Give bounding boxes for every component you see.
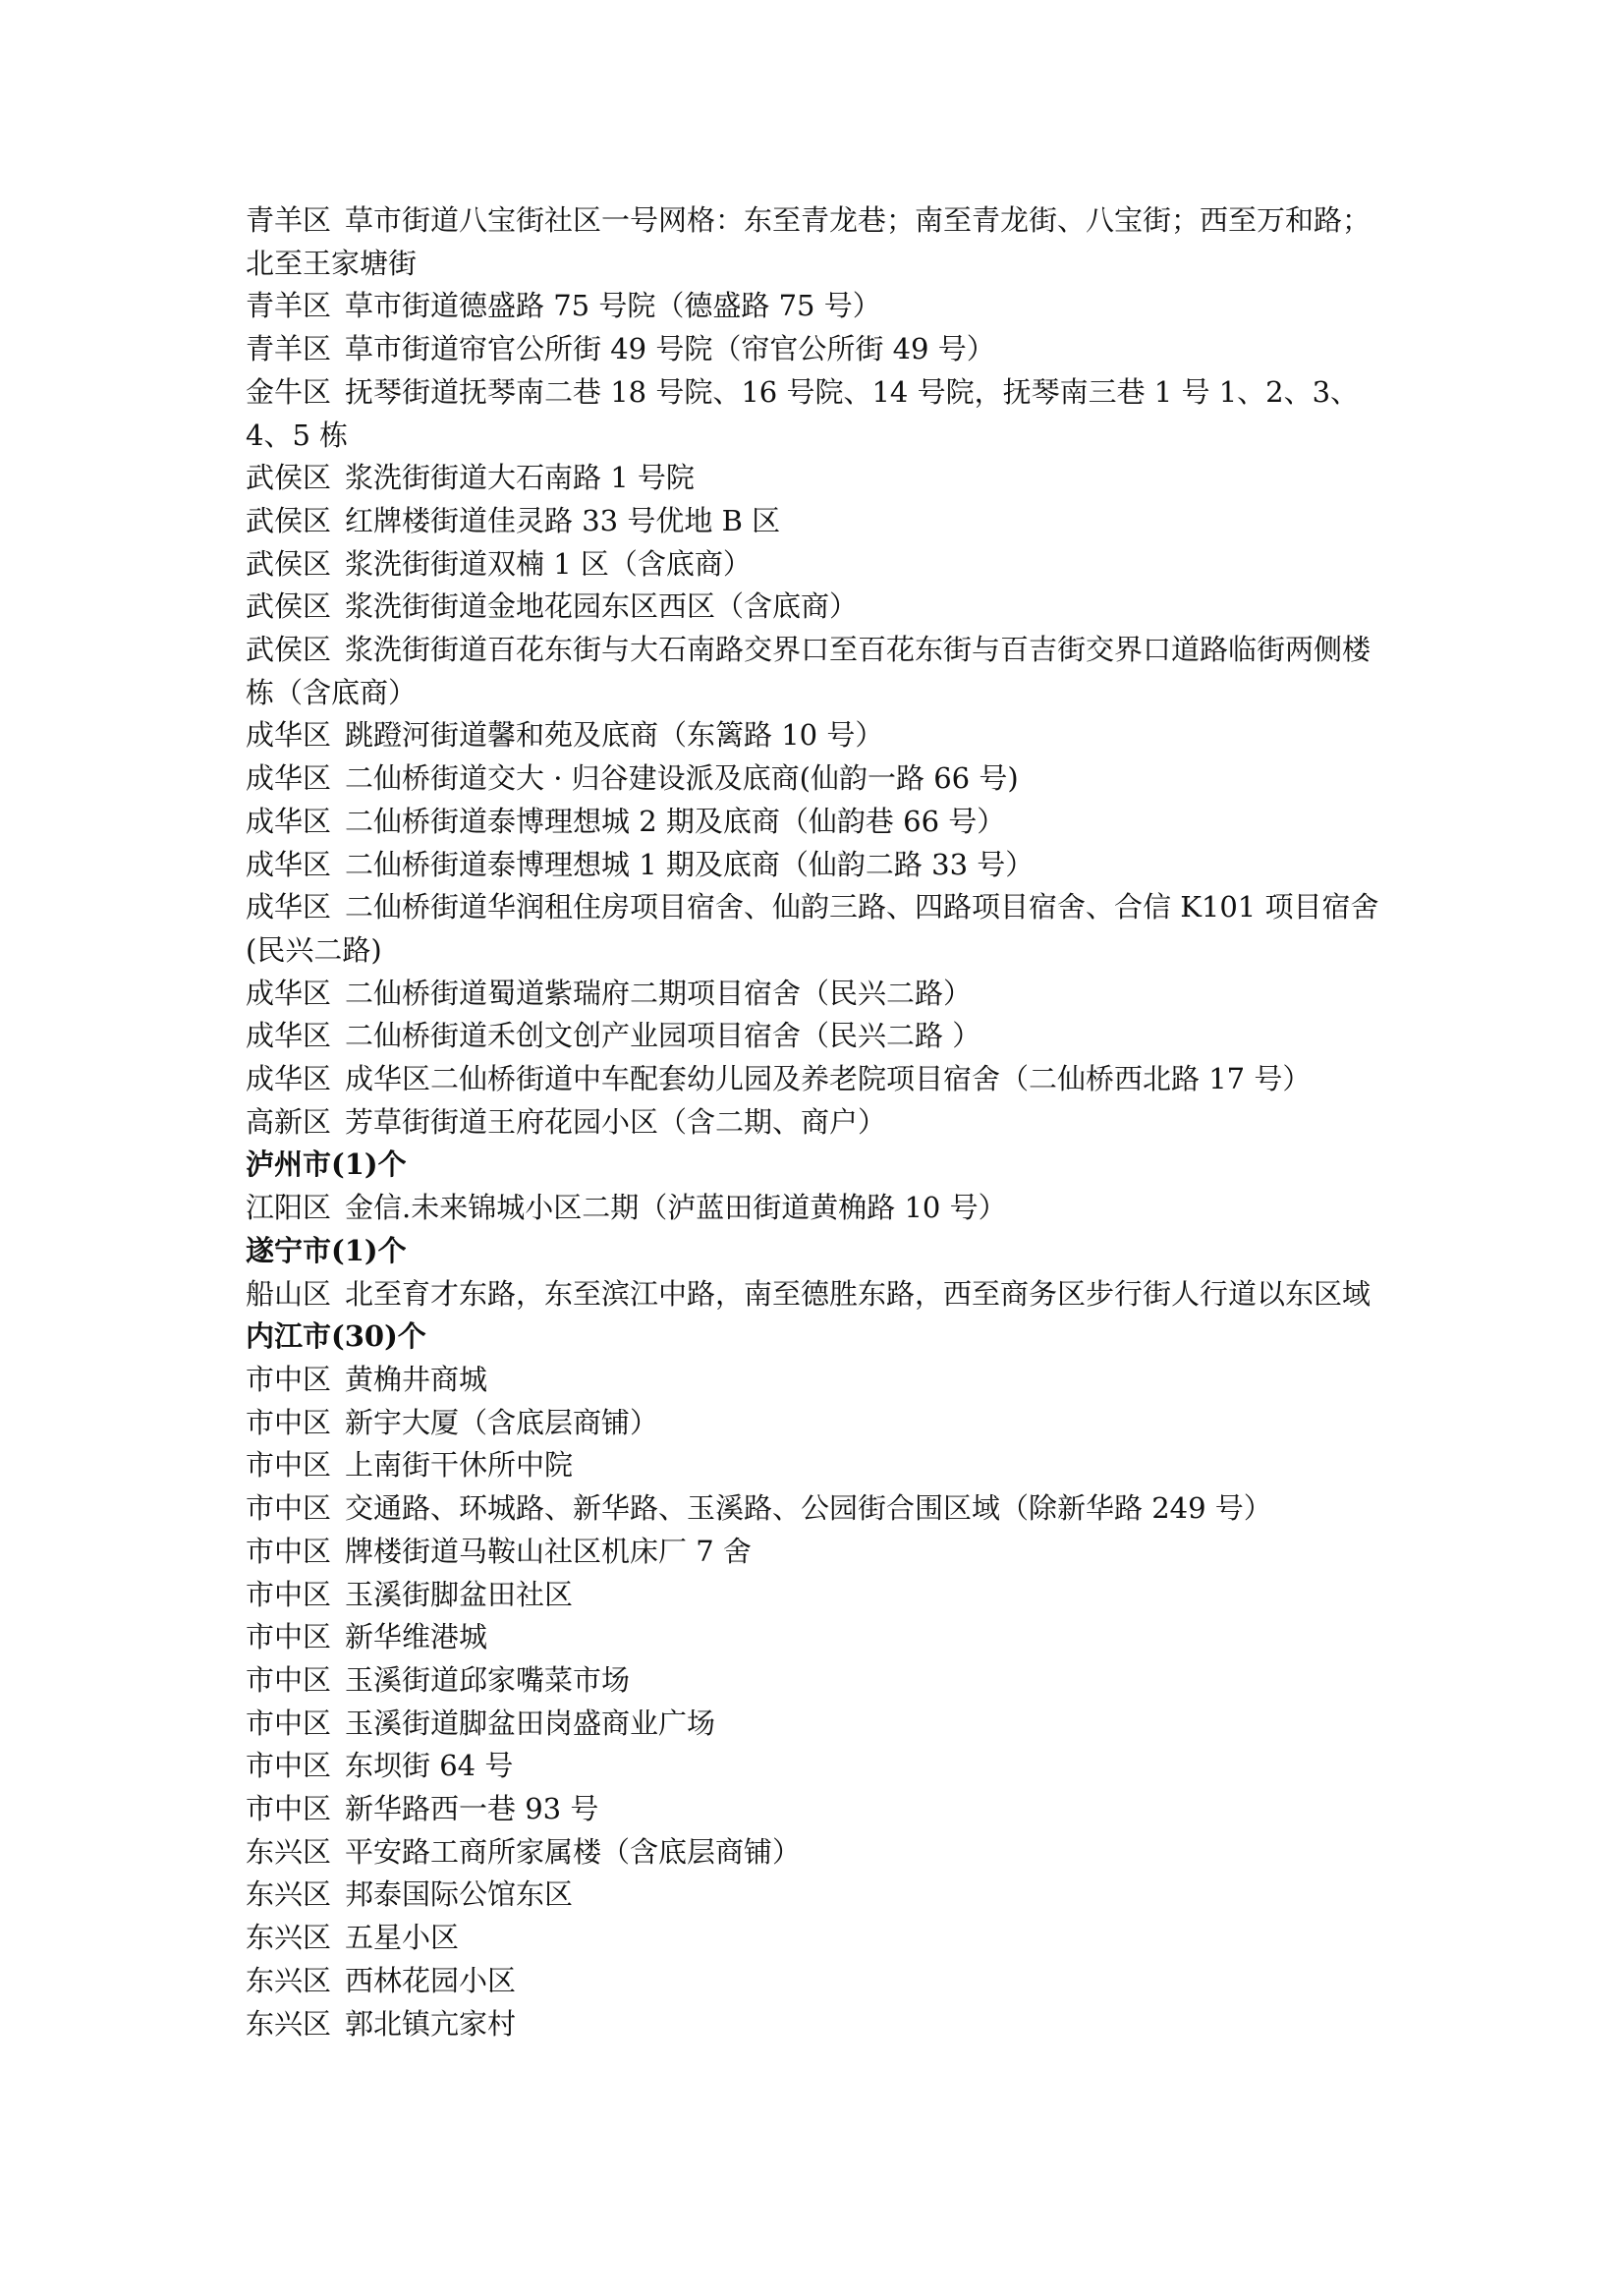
- district-name: 成华区: [246, 761, 331, 795]
- district-name: 市中区: [246, 1663, 331, 1697]
- location-text: 北至育才东路，东至滨江中路，南至德胜东路，西至商务区步行街人行道以东区域: [345, 1277, 1371, 1311]
- location-text: 平安路工商所家属楼（含底层商铺）: [345, 1835, 801, 1869]
- location-text: 浆洗街街道大石南路 1 号院: [345, 461, 695, 494]
- district-name: 市中区: [246, 1448, 331, 1482]
- district-name: 武侯区: [246, 633, 331, 666]
- district-name: 市中区: [246, 1578, 331, 1611]
- district-name: 东兴区: [246, 1877, 331, 1911]
- list-item: 市中区玉溪街道脚盆田岗盛商业广场: [246, 1703, 1390, 1746]
- district-name: 成华区: [246, 1019, 331, 1052]
- list-item: 武侯区浆洗街街道大石南路 1 号院: [246, 457, 1390, 500]
- list-item: 东兴区五星小区: [246, 1917, 1390, 1960]
- location-text: 浆洗街街道双楠 1 区（含底商）: [345, 547, 752, 581]
- location-text: 新华维港城: [345, 1620, 487, 1653]
- list-item: 金牛区抚琴街道抚琴南二巷 18 号院、16 号院、14 号院，抚琴南三巷 1 号…: [246, 371, 1390, 457]
- city-heading: 内江市(30)个: [246, 1315, 1390, 1359]
- district-name: 成华区: [246, 805, 331, 838]
- list-item: 市中区牌楼街道马鞍山社区机床厂 7 舍: [246, 1531, 1390, 1574]
- district-name: 市中区: [246, 1749, 331, 1782]
- district-name: 武侯区: [246, 547, 331, 581]
- list-item: 成华区二仙桥街道禾创文创产业园项目宿舍（民兴二路 ）: [246, 1015, 1390, 1058]
- list-item: 市中区玉溪街脚盆田社区: [246, 1574, 1390, 1617]
- district-name: 东兴区: [246, 1835, 331, 1869]
- location-text: 二仙桥街道泰博理想城 1 期及底商（仙韵二路 33 号）: [345, 848, 1034, 881]
- list-item: 市中区新华路西一巷 93 号: [246, 1788, 1390, 1831]
- section-suining: 遂宁市(1)个 船山区北至育才东路，东至滨江中路，南至德胜东路，西至商务区步行街…: [246, 1230, 1390, 1315]
- district-name: 青羊区: [246, 332, 331, 365]
- list-item: 东兴区平安路工商所家属楼（含底层商铺）: [246, 1831, 1390, 1875]
- list-item: 武侯区浆洗街街道百花东街与大石南路交界口至百花东街与百吉街交界口道路临街两侧楼栋…: [246, 629, 1390, 714]
- list-item: 市中区新华维港城: [246, 1616, 1390, 1659]
- location-text: 东坝街 64 号: [345, 1749, 513, 1782]
- location-text: 郭北镇亢家村: [345, 2007, 516, 2041]
- list-item: 东兴区郭北镇亢家村: [246, 2003, 1390, 2046]
- list-item: 市中区交通路、环城路、新华路、玉溪路、公园街合围区域（除新华路 249 号）: [246, 1487, 1390, 1531]
- location-text: 五星小区: [345, 1921, 459, 1954]
- location-text: 西林花园小区: [345, 1964, 516, 1997]
- city-heading: 遂宁市(1)个: [246, 1230, 1390, 1273]
- district-name: 市中区: [246, 1363, 331, 1396]
- location-text: 二仙桥街道蜀道紫瑞府二期项目宿舍（民兴二路）: [345, 977, 972, 1010]
- district-name: 成华区: [246, 718, 331, 752]
- list-item: 东兴区邦泰国际公馆东区: [246, 1874, 1390, 1917]
- location-text: 二仙桥街道泰博理想城 2 期及底商（仙韵巷 66 号）: [345, 805, 1005, 838]
- district-name: 江阳区: [246, 1191, 331, 1224]
- district-name: 市中区: [246, 1707, 331, 1740]
- district-name: 东兴区: [246, 1921, 331, 1954]
- list-item: 青羊区草市街道八宝街社区一号网格：东至青龙巷；南至青龙街、八宝街；西至万和路；北…: [246, 199, 1390, 285]
- location-text: 抚琴街道抚琴南二巷 18 号院、16 号院、14 号院，抚琴南三巷 1 号 1、…: [246, 375, 1359, 452]
- section-neijiang: 内江市(30)个 市中区黄桷井商城 市中区新宇大厦（含底层商铺） 市中区上南街干…: [246, 1315, 1390, 2045]
- list-item: 成华区二仙桥街道泰博理想城 2 期及底商（仙韵巷 66 号）: [246, 801, 1390, 844]
- district-name: 东兴区: [246, 2007, 331, 2041]
- list-item: 成华区二仙桥街道华润租住房项目宿舍、仙韵三路、四路项目宿舍、合信 K101 项目…: [246, 886, 1390, 972]
- location-text: 二仙桥街道交大 · 归谷建设派及底商(仙韵一路 66 号): [345, 761, 1019, 795]
- list-item: 武侯区浆洗街街道双楠 1 区（含底商）: [246, 543, 1390, 587]
- list-item: 成华区二仙桥街道泰博理想城 1 期及底商（仙韵二路 33 号）: [246, 844, 1390, 887]
- location-text: 交通路、环城路、新华路、玉溪路、公园街合围区域（除新华路 249 号）: [345, 1491, 1272, 1525]
- district-name: 金牛区: [246, 375, 331, 409]
- district-name: 青羊区: [246, 203, 331, 237]
- location-text: 芳草街街道王府花园小区（含二期、商户）: [345, 1105, 886, 1139]
- district-name: 成华区: [246, 977, 331, 1010]
- list-item: 武侯区红牌楼街道佳灵路 33 号优地 B 区: [246, 500, 1390, 543]
- district-name: 东兴区: [246, 1964, 331, 1997]
- list-item: 市中区玉溪街道邱家嘴菜市场: [246, 1659, 1390, 1703]
- list-item: 高新区芳草街街道王府花园小区（含二期、商户）: [246, 1101, 1390, 1145]
- district-name: 船山区: [246, 1277, 331, 1311]
- location-text: 红牌楼街道佳灵路 33 号优地 B 区: [345, 504, 780, 537]
- location-text: 二仙桥街道禾创文创产业园项目宿舍（民兴二路 ）: [345, 1019, 980, 1052]
- location-text: 浆洗街街道百花东街与大石南路交界口至百花东街与百吉街交界口道路临街两侧楼栋（含底…: [246, 633, 1371, 709]
- location-text: 浆洗街街道金地花园东区西区（含底商）: [345, 589, 858, 623]
- location-text: 草市街道德盛路 75 号院（德盛路 75 号）: [345, 289, 881, 322]
- location-text: 玉溪街脚盆田社区: [345, 1578, 573, 1611]
- district-name: 市中区: [246, 1406, 331, 1439]
- location-text: 牌楼街道马鞍山社区机床厂 7 舍: [345, 1535, 752, 1568]
- list-item: 市中区上南街干休所中院: [246, 1444, 1390, 1487]
- district-name: 武侯区: [246, 461, 331, 494]
- list-item: 市中区黄桷井商城: [246, 1359, 1390, 1402]
- location-text: 上南街干休所中院: [345, 1448, 573, 1482]
- location-text: 草市街道帘官公所街 49 号院（帘官公所街 49 号）: [345, 332, 995, 365]
- list-item: 青羊区草市街道帘官公所街 49 号院（帘官公所街 49 号）: [246, 328, 1390, 371]
- district-name: 武侯区: [246, 589, 331, 623]
- location-text: 新华路西一巷 93 号: [345, 1792, 598, 1825]
- list-item: 成华区成华区二仙桥街道中车配套幼儿园及养老院项目宿舍（二仙桥西北路 17 号）: [246, 1058, 1390, 1101]
- location-text: 玉溪街道脚盆田岗盛商业广场: [345, 1707, 715, 1740]
- list-item: 青羊区草市街道德盛路 75 号院（德盛路 75 号）: [246, 285, 1390, 328]
- district-name: 青羊区: [246, 289, 331, 322]
- section-luzhou: 泸州市(1)个 江阳区金信.未来锦城小区二期（泸蓝田街道黄桷路 10 号）: [246, 1144, 1390, 1229]
- district-name: 市中区: [246, 1620, 331, 1653]
- district-name: 武侯区: [246, 504, 331, 537]
- location-text: 金信.未来锦城小区二期（泸蓝田街道黄桷路 10 号）: [345, 1191, 1007, 1224]
- location-text: 草市街道八宝街社区一号网格：东至青龙巷；南至青龙街、八宝街；西至万和路；北至王家…: [246, 203, 1371, 280]
- section-chengdu-continued: 青羊区草市街道八宝街社区一号网格：东至青龙巷；南至青龙街、八宝街；西至万和路；北…: [246, 199, 1390, 1144]
- list-item: 武侯区浆洗街街道金地花园东区西区（含底商）: [246, 586, 1390, 629]
- district-name: 高新区: [246, 1105, 331, 1139]
- city-heading: 泸州市(1)个: [246, 1144, 1390, 1187]
- district-name: 成华区: [246, 890, 331, 924]
- list-item: 市中区东坝街 64 号: [246, 1745, 1390, 1788]
- district-name: 成华区: [246, 848, 331, 881]
- document-page: 青羊区草市街道八宝街社区一号网格：东至青龙巷；南至青龙街、八宝街；西至万和路；北…: [246, 199, 1390, 2045]
- location-text: 新宇大厦（含底层商铺）: [345, 1406, 658, 1439]
- list-item: 成华区跳蹬河街道馨和苑及底商（东篱路 10 号）: [246, 714, 1390, 757]
- list-item: 成华区二仙桥街道蜀道紫瑞府二期项目宿舍（民兴二路）: [246, 973, 1390, 1016]
- list-item: 东兴区西林花园小区: [246, 1960, 1390, 2003]
- location-text: 玉溪街道邱家嘴菜市场: [345, 1663, 630, 1697]
- location-text: 黄桷井商城: [345, 1363, 487, 1396]
- district-name: 市中区: [246, 1491, 331, 1525]
- district-name: 市中区: [246, 1535, 331, 1568]
- list-item: 市中区新宇大厦（含底层商铺）: [246, 1402, 1390, 1445]
- district-name: 成华区: [246, 1062, 331, 1095]
- location-text: 二仙桥街道华润租住房项目宿舍、仙韵三路、四路项目宿舍、合信 K101 项目宿舍(…: [246, 890, 1378, 967]
- location-text: 邦泰国际公馆东区: [345, 1877, 573, 1911]
- location-text: 成华区二仙桥街道中车配套幼儿园及养老院项目宿舍（二仙桥西北路 17 号）: [345, 1062, 1311, 1095]
- list-item: 船山区北至育才东路，东至滨江中路，南至德胜东路，西至商务区步行街人行道以东区域: [246, 1273, 1390, 1316]
- location-text: 跳蹬河街道馨和苑及底商（东篱路 10 号）: [345, 718, 883, 752]
- list-item: 成华区二仙桥街道交大 · 归谷建设派及底商(仙韵一路 66 号): [246, 757, 1390, 801]
- list-item: 江阳区金信.未来锦城小区二期（泸蓝田街道黄桷路 10 号）: [246, 1187, 1390, 1230]
- district-name: 市中区: [246, 1792, 331, 1825]
